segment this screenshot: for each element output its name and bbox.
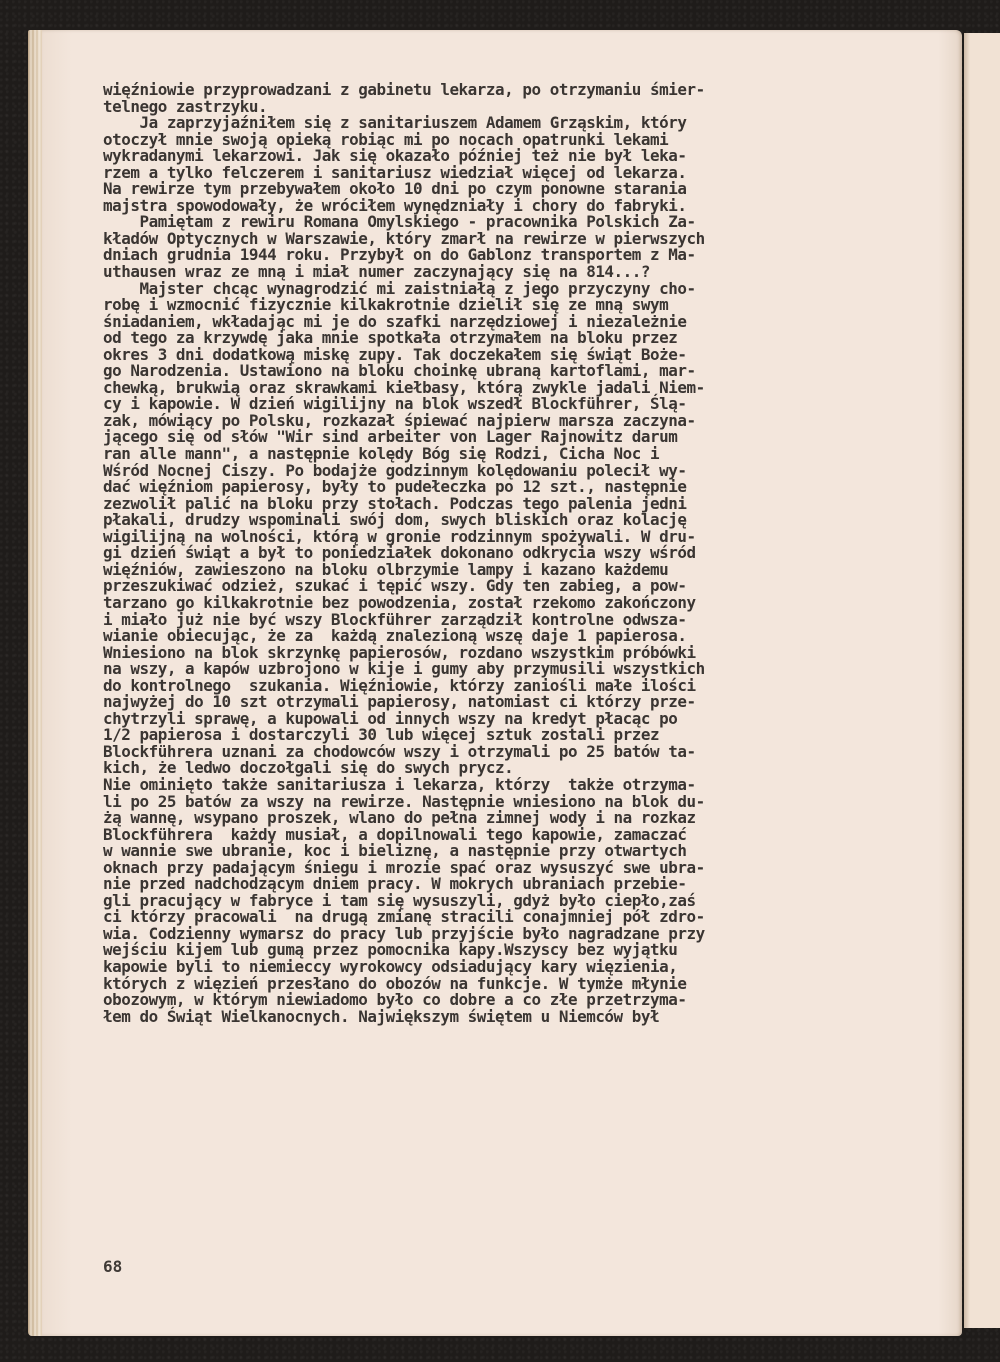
typewritten-text-body: więźniowie przyprowadzani z gabinetu lek…: [103, 82, 883, 1025]
next-page-edge: [964, 33, 1000, 1328]
text-line: łem do Świąt Wielkanocnych. Największym …: [103, 1009, 883, 1026]
page-stack-edge: [28, 30, 42, 1336]
page-number: 68: [103, 1257, 122, 1276]
